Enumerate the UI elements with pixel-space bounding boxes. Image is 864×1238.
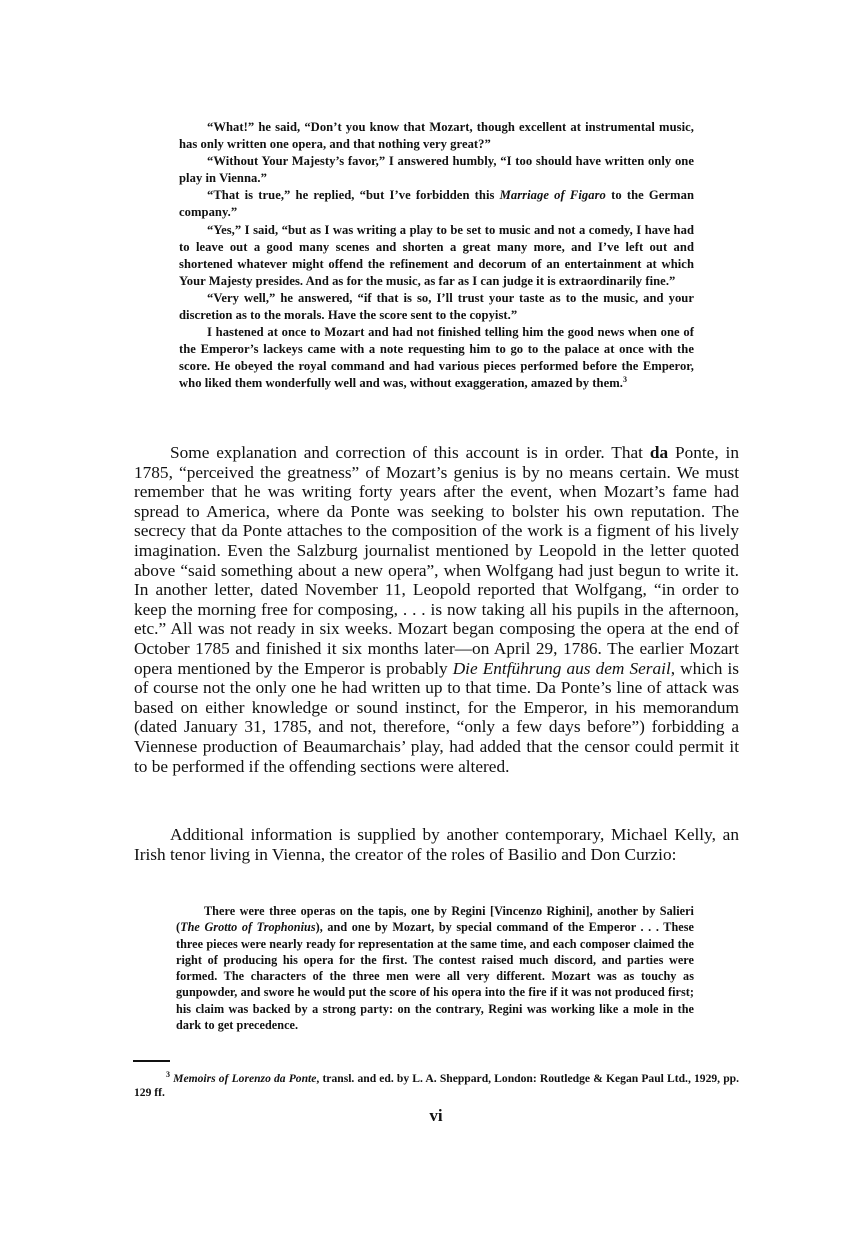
paragraph-text: Additional information is supplied by an…: [134, 825, 739, 864]
opera-title-italic: Marriage of Figaro: [500, 188, 606, 202]
paragraph-text-bold: da: [650, 443, 668, 462]
page-number: vi: [0, 1106, 864, 1126]
paragraph: Some explanation and correction of this …: [134, 443, 739, 776]
footnote-divider: [133, 1060, 170, 1062]
quote-text: ), and one by Mozart, by special command…: [176, 920, 694, 1032]
quote-text: “That is true,” he replied, “but I’ve fo…: [207, 188, 500, 202]
block-quote-kelly: There were three operas on the tapis, on…: [176, 903, 694, 1033]
quote-text: “Without Your Majesty’s favor,” I answer…: [179, 154, 694, 185]
quote-text: “What!” he said, “Don’t you know that Mo…: [179, 120, 694, 151]
book-title-italic: Memoirs of Lorenzo da Ponte: [173, 1072, 316, 1085]
paragraph-text: Ponte, in 1785, “perceived the greatness…: [134, 443, 739, 678]
paragraph: Additional information is supplied by an…: [134, 825, 739, 864]
quote-paragraph: “What!” he said, “Don’t you know that Mo…: [179, 119, 694, 153]
quote-text: “Very well,” he answered, “if that is so…: [179, 291, 694, 322]
opera-title-italic: Die Entführung aus dem Serail: [453, 659, 671, 678]
body-paragraph-kelly: Additional information is supplied by an…: [134, 825, 739, 864]
paragraph-text: Some explanation and correction of this …: [170, 443, 650, 462]
footnote-reference: 3: [623, 375, 627, 384]
quote-paragraph: There were three operas on the tapis, on…: [176, 903, 694, 1033]
quote-paragraph: “Without Your Majesty’s favor,” I answer…: [179, 153, 694, 187]
footnote-marker: 3: [166, 1070, 170, 1079]
body-paragraph-explanation: Some explanation and correction of this …: [134, 443, 739, 776]
block-quote-memoir: “What!” he said, “Don’t you know that Mo…: [179, 119, 694, 393]
quote-text: I hastened at once to Mozart and had not…: [179, 325, 694, 390]
quote-paragraph: “That is true,” he replied, “but I’ve fo…: [179, 187, 694, 221]
opera-title-italic: The Grotto of Trophonius: [180, 920, 316, 934]
quote-text: “Yes,” I said, “but as I was writing a p…: [179, 223, 694, 288]
quote-paragraph: I hastened at once to Mozart and had not…: [179, 324, 694, 392]
quote-paragraph: “Yes,” I said, “but as I was writing a p…: [179, 222, 694, 290]
footnote-paragraph: 3 Memoirs of Lorenzo da Ponte, transl. a…: [134, 1072, 739, 1100]
quote-paragraph: “Very well,” he answered, “if that is so…: [179, 290, 694, 324]
footnote: 3 Memoirs of Lorenzo da Ponte, transl. a…: [134, 1072, 739, 1100]
